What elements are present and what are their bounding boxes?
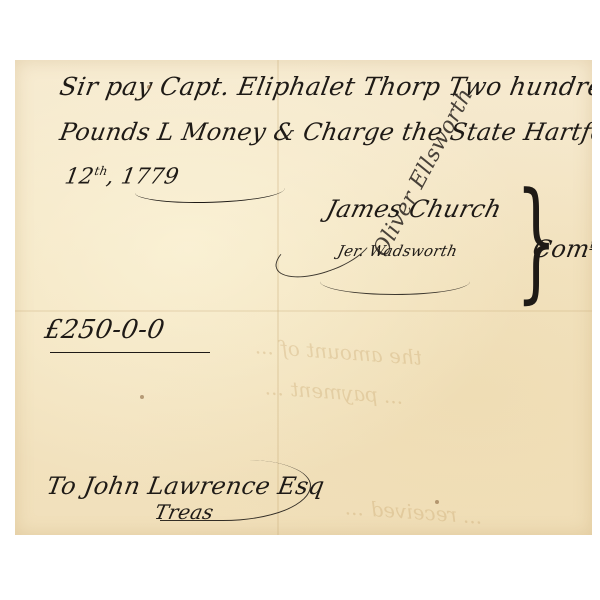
document-stage: the amount of ... ... payment ... ... re… (0, 0, 600, 600)
date-day: 12 (63, 164, 96, 189)
date-flourish (135, 178, 285, 203)
signature-flourish (320, 268, 470, 295)
paper-sheet: the amount of ... ... payment ... ... re… (15, 60, 592, 535)
bleed-through-text: the amount of ... (254, 334, 422, 370)
committee-label-text: Com (531, 235, 592, 263)
bleed-through-text: ... payment ... (264, 375, 404, 409)
fold-line-horizontal (15, 310, 592, 312)
amount: £250-0-0 (42, 315, 167, 345)
signature-ellsworth: Oliver Ellsworth (369, 84, 479, 261)
body-line-1: Sir pay Capt. Eliphalet Thorp Two hundre… (57, 72, 592, 101)
bleed-through-text: ... received ... (344, 495, 483, 529)
signature-wadsworth: Jer. Wadsworth (336, 242, 459, 260)
paper-spot (140, 395, 144, 399)
addressee-name: To John Lawrence Esq (45, 472, 327, 500)
paper-spot (147, 85, 151, 89)
addressee-title: Treas (152, 500, 216, 524)
committee-label: Comtee (531, 235, 592, 263)
body-line-2: Pounds L Money & Charge the State Hartfo… (58, 118, 592, 146)
signature-church: James Church (324, 195, 505, 223)
paper-spot (435, 500, 439, 504)
amount-underline (50, 352, 210, 353)
